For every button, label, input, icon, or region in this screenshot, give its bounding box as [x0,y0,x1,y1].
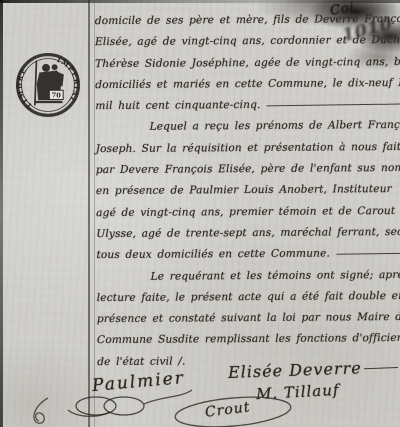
paulmier-flourish [58,388,208,424]
manuscript-line: domiciliés et mariés en cette Commune, l… [95,73,400,96]
fold-line [88,0,90,427]
manuscript-line: agé de vingt-cinq ans, premier témoin et… [96,201,400,224]
line-text: par Devere François Elisée, père de l'en… [96,162,400,176]
line-text: tous deux domiciliés en cette Commune. [96,248,330,262]
scan-edge-left [0,0,3,427]
line-text: agé de vingt-cinq ans, premier témoin et… [96,204,400,218]
line-text: Thérèse Sidonie Joséphine, agée de vingt… [95,55,400,69]
line-text: Le requérant et les témoins ont signé; a… [151,268,400,282]
tax-stamp-imperial: TIMBRE IMPERIAL 70 [15,52,81,118]
line-text: Commune Susdite remplissant les fonction… [97,332,400,346]
line-text: domiciliés et mariés en cette Commune, l… [95,76,400,91]
stamp-value: 70 [52,92,62,100]
manuscript-line: mil huit cent cinquante-cinq. [95,94,400,117]
line-text: Ulysse, agé de trente-sept ans, maréchal… [96,225,400,240]
line-text: en présence de Paulmier Louis Anobert, I… [96,183,392,197]
signature-tillauf: M. Tillauf [256,381,340,403]
manuscript-line: domicile de ses père et mère, fils de De… [95,9,400,32]
signature-text: M. Tillauf [256,381,340,403]
stamp-value-box: 70 [49,90,63,99]
document-scan: Coi 1010 TIMBRE IMPERIAL 70 domicile [0,0,400,427]
signature-crout: Crout [204,399,251,420]
line-text: de l'état civil /. [97,355,185,368]
line-text: Lequel a reçu les prénoms de Albert Fran… [150,119,400,133]
manuscript-line: Elisée, agé de vingt-cinq ans, cordonnie… [95,30,400,53]
signature-text: Crout [204,399,251,420]
manuscript-line: Le requérant et les témoins ont signé; a… [97,264,400,287]
line-text: mil huit cent cinquante-cinq. [95,99,260,112]
manuscript-line: présence et constaté suivant la loi par … [97,307,400,330]
ink-rule [267,103,400,106]
manuscript-body: domicile de ses père et mère, fils de De… [95,9,400,373]
ink-rule [336,252,400,254]
manuscript-line: en présence de Paulmier Louis Anobert, I… [96,179,400,202]
manuscript-line: Commune Susdite remplissant les fonction… [97,328,400,351]
manuscript-line: Joseph. Sur la réquisition et présentati… [96,137,400,160]
line-text: Joseph. Sur la réquisition et présentati… [96,141,400,155]
signature-underline [364,367,398,369]
line-text: présence et constaté suivant la loi par … [97,311,400,325]
signature-text: Elisée Deverre [228,358,362,382]
corner-curl-mark [26,396,56,427]
line-text: lecture faite, le présent acte qui a été… [97,290,400,304]
line-text: domicile de ses père et mère, fils de De… [95,13,400,27]
manuscript-line: par Devere François Elisée, père de l'en… [96,158,400,181]
manuscript-line: Ulysse, agé de trente-sept ans, maréchal… [96,222,400,245]
manuscript-line: Thérèse Sidonie Joséphine, agée de vingt… [95,52,400,75]
line-text: Elisée, agé de vingt-cinq ans, cordonnie… [95,34,400,48]
manuscript-line: tous deux domiciliés en cette Commune. [96,243,400,266]
manuscript-line: lecture faite, le présent acte qui a été… [97,286,400,309]
manuscript-line: Lequel a reçu les prénoms de Albert Fran… [95,115,400,138]
